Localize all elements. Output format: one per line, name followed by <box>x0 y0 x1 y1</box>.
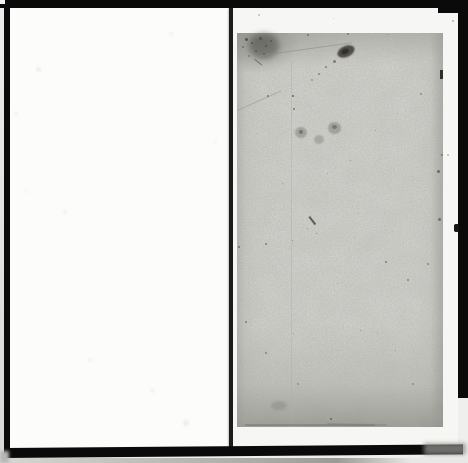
margin-speck <box>258 14 260 16</box>
dirt-speck <box>293 108 295 110</box>
dirt-speck <box>248 55 250 57</box>
dirt-speck <box>257 133 258 134</box>
dirt-speck <box>316 233 317 234</box>
bottom-band-smudge <box>424 443 466 455</box>
faint-smudge <box>88 358 92 362</box>
dirt-speck <box>265 243 267 245</box>
dirt-speck <box>360 330 361 331</box>
dirt-speck <box>282 183 283 184</box>
dirt-speck <box>327 173 328 174</box>
dirt-speck <box>307 228 308 229</box>
stain-smudge <box>271 401 287 410</box>
dirt-speck <box>238 246 240 248</box>
faint-smudge <box>183 420 189 426</box>
dirt-speck <box>265 352 267 354</box>
dirt-speck <box>297 383 299 385</box>
scratch-line <box>254 59 262 65</box>
dirt-speck <box>397 113 398 114</box>
top-left-corner-notch <box>0 0 5 4</box>
dirt-speck <box>242 46 244 48</box>
page-stains-layer <box>237 33 443 427</box>
dirt-speck <box>293 333 294 334</box>
scan-border-right <box>458 7 468 398</box>
scratch-line <box>440 70 443 79</box>
dirt-speck <box>427 263 429 265</box>
dirt-speck <box>412 383 414 385</box>
dirt-speck <box>347 33 349 35</box>
dirt-speck <box>330 418 332 420</box>
dirt-speck <box>292 240 293 241</box>
right-aged-page <box>237 33 443 427</box>
margin-speck <box>452 20 454 22</box>
dirt-speck <box>325 66 327 68</box>
dirt-speck <box>441 154 443 156</box>
faint-smudge <box>170 32 173 35</box>
dirt-speck <box>259 37 262 40</box>
faint-smudge <box>150 388 155 393</box>
dirt-speck <box>375 130 376 131</box>
dirt-speck <box>270 40 272 42</box>
dirt-speck <box>387 34 388 35</box>
stain-smudge <box>314 135 324 144</box>
dirt-speck <box>265 45 267 47</box>
dirt-speck <box>318 73 320 75</box>
dirt-speck <box>255 50 257 52</box>
dirt-speck <box>311 79 313 81</box>
margin-speck <box>333 18 334 19</box>
dirt-speck <box>420 93 422 95</box>
dirt-speck <box>292 95 294 97</box>
scanned-book-spread <box>0 0 468 463</box>
scan-border-left <box>4 1 10 455</box>
faint-smudge <box>63 210 67 214</box>
dirt-speck <box>350 160 351 161</box>
dirt-speck <box>357 213 358 214</box>
bottom-left-corner-smudge <box>0 451 9 463</box>
dirt-speck <box>251 42 253 44</box>
dirt-speck <box>385 261 387 263</box>
dirt-speck <box>438 218 441 221</box>
faint-smudge <box>14 112 18 116</box>
stain-smudge <box>299 130 303 134</box>
scratch-line <box>237 90 281 110</box>
scratch-line <box>291 60 292 422</box>
dirt-speck <box>245 321 247 323</box>
scratch-line <box>308 216 316 225</box>
margin-speck <box>447 154 449 156</box>
scan-border-right-nub <box>454 224 459 232</box>
dirt-speck <box>395 350 396 351</box>
dirt-speck <box>245 38 248 41</box>
dirt-speck <box>263 53 265 55</box>
dirt-speck <box>307 34 309 36</box>
dirt-speck <box>337 283 338 284</box>
scan-border-top <box>0 0 468 8</box>
faint-smudge <box>25 190 28 193</box>
dirt-speck <box>267 95 269 97</box>
faint-smudge <box>214 140 217 143</box>
dirt-speck <box>377 333 378 334</box>
dirt-speck <box>407 279 409 281</box>
scan-bottom-strip <box>0 458 468 463</box>
dirt-speck <box>333 60 336 63</box>
stain-smudge <box>332 125 337 129</box>
faint-smudge <box>36 67 41 72</box>
dirt-speck <box>437 170 440 173</box>
left-blank-page <box>10 8 230 449</box>
